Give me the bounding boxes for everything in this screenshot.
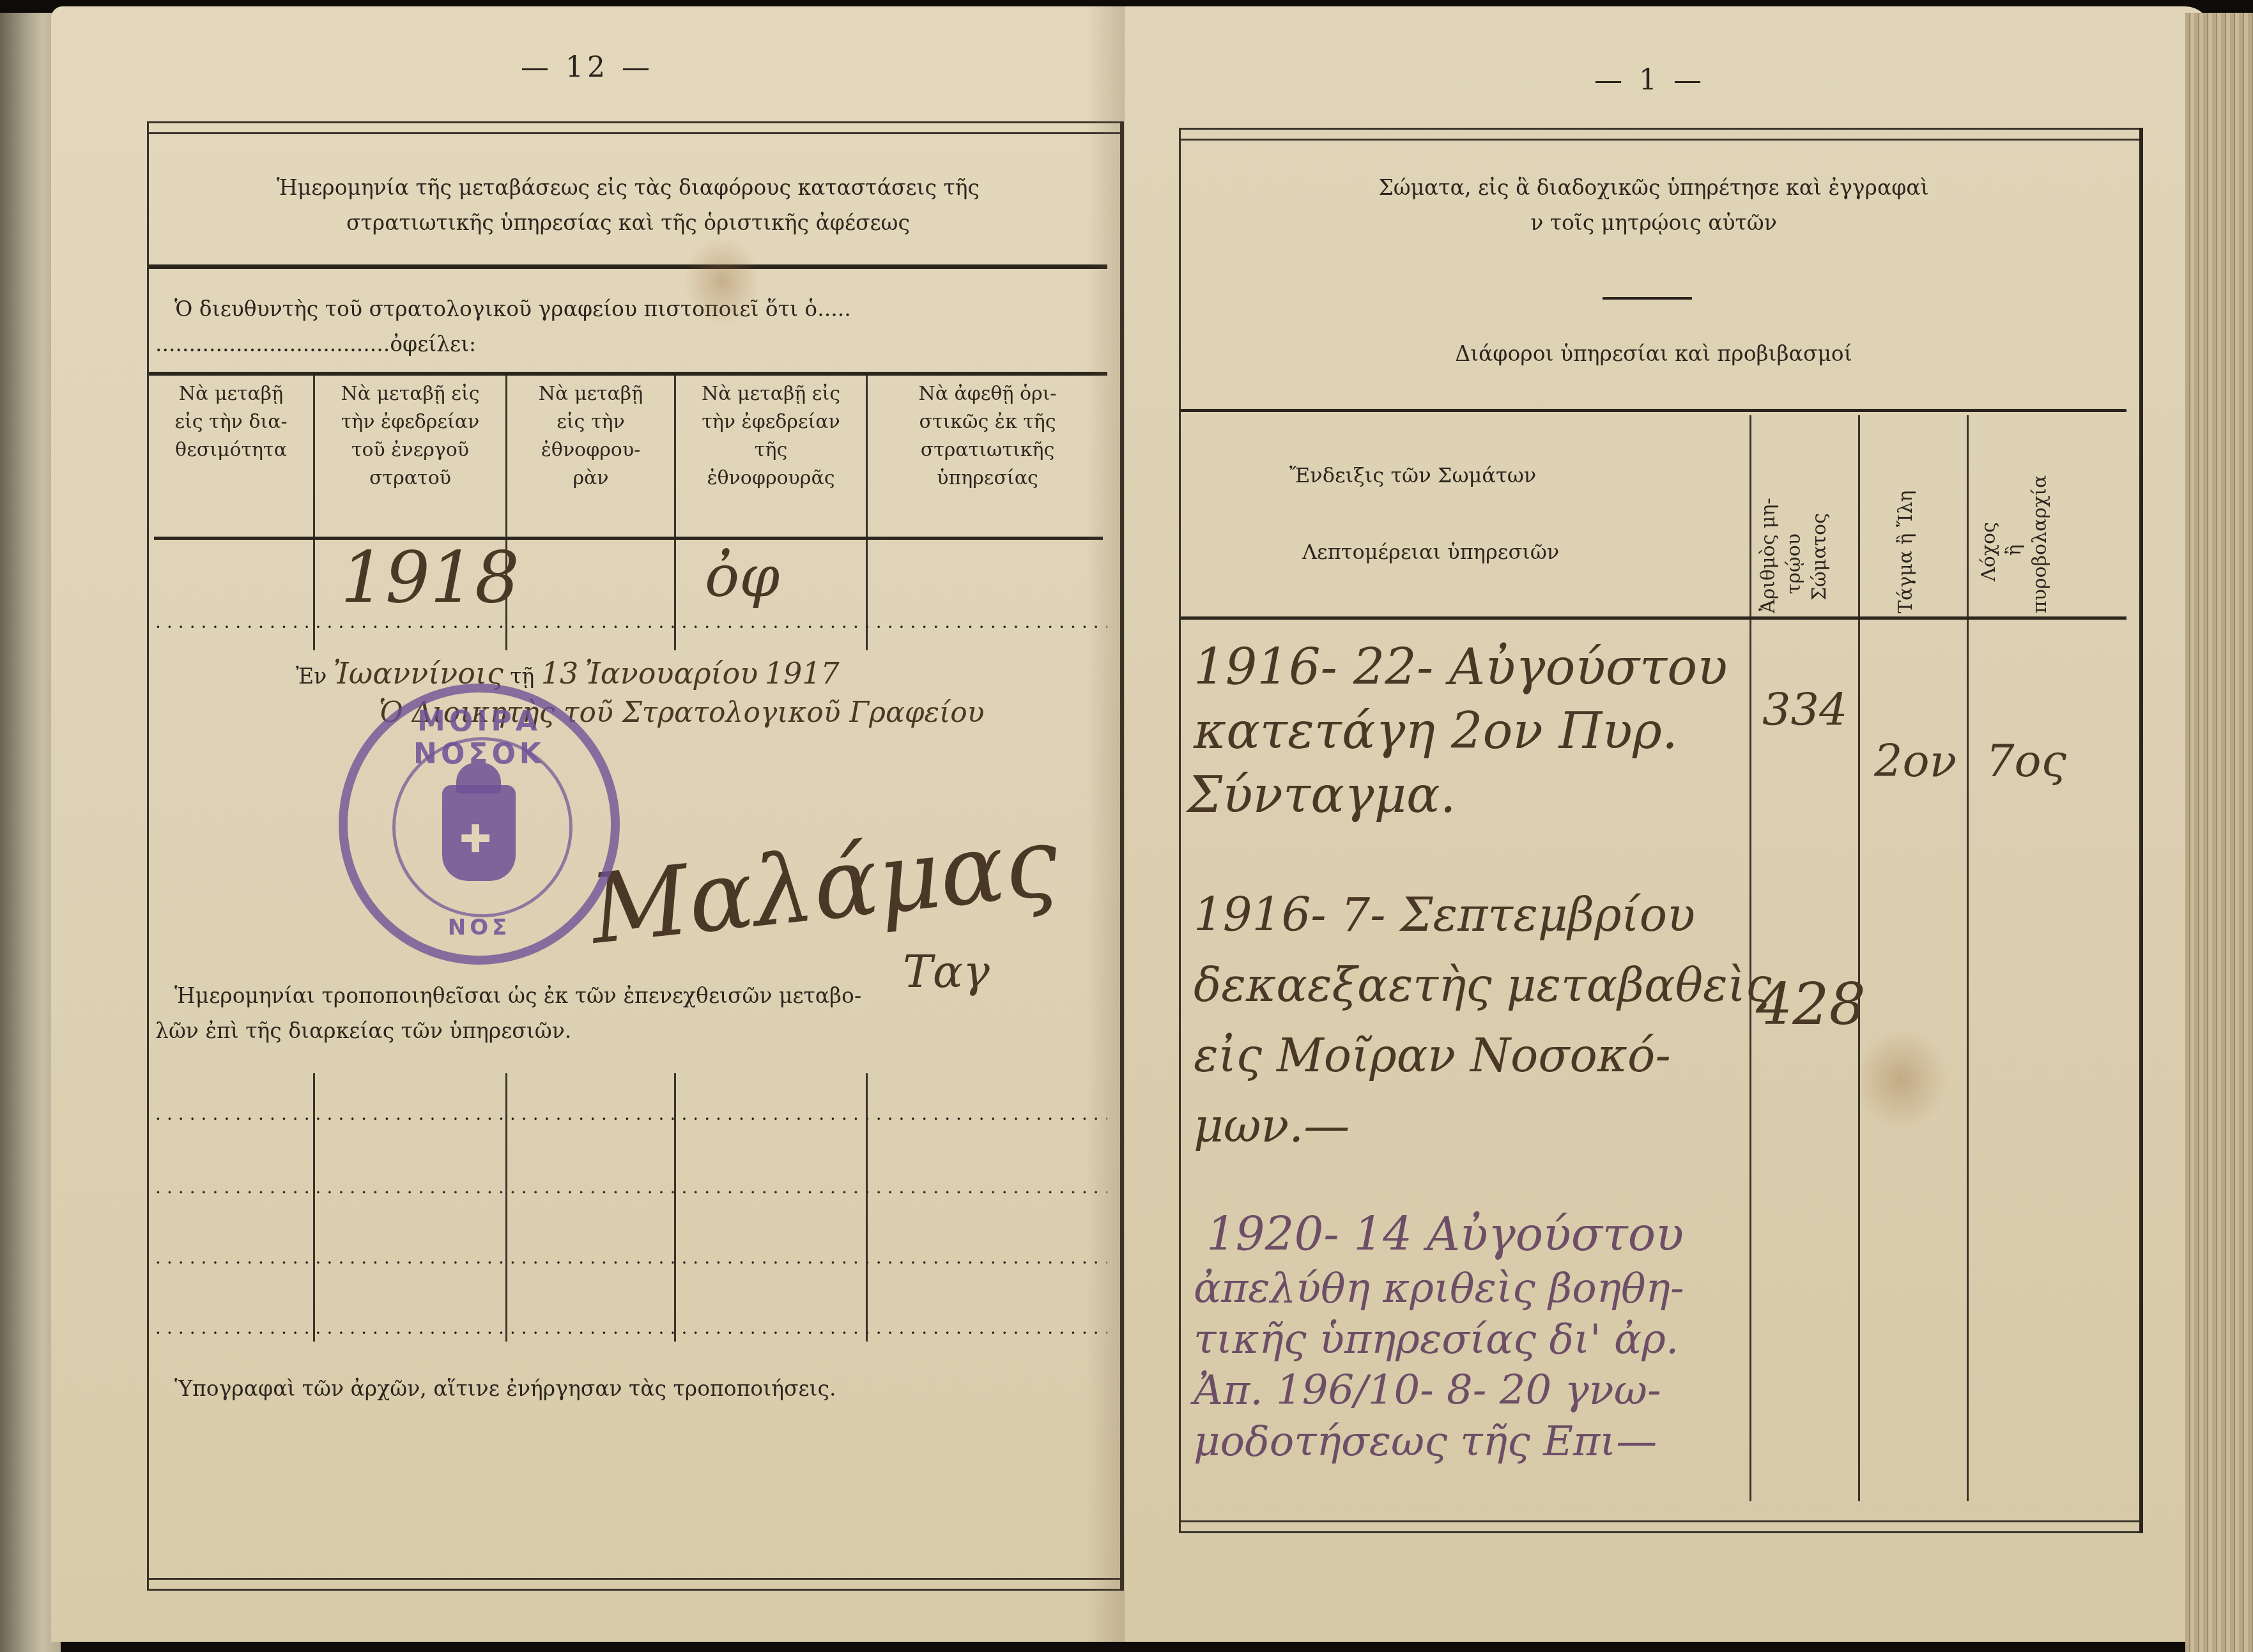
value-dotted-line: ········································… [155, 616, 1107, 638]
col-header-line: Νὰ μεταβῇ [149, 380, 313, 408]
col-header-line: Νὰ μεταβῇ εἰς [676, 380, 866, 408]
frame-bottom-rule [149, 1578, 1120, 1591]
entry-text: τικῆς ὑπηρεσίας δι' ἀρ. [1194, 1316, 1679, 1363]
modifications-line1: Ἡμερομηνίαι τροποποιηθεῖσαι ὡς ἐκ τῶν ἐπ… [174, 981, 861, 1011]
col-header-line: στρατοῦ [315, 464, 505, 493]
entry-text: μοδοτήσεως τῆς Επι— [1194, 1418, 1657, 1465]
frame-top-rule [149, 121, 1120, 134]
mod-dotted-row: ········································… [155, 1108, 1107, 1129]
certify-end: ὀφείλει: [390, 332, 476, 356]
col-header-line: τὴν ἐφεδρείαν [676, 408, 866, 436]
col-header-line: εἰς τὴν [507, 408, 674, 436]
right-page: — 1 — Σώματα, εἰς ἃ διαδοχικῶς ὑπηρέτησε… [1125, 6, 2211, 1642]
entry-registry: 428 [1756, 971, 1866, 1038]
stamp-bottom-text: ΝΟΣ [348, 915, 611, 940]
paper-stain [684, 236, 760, 326]
col-header-line: τοῦ ἐνεργοῦ [315, 436, 505, 464]
header-bottom-rule [1181, 616, 2126, 620]
entry-text: μων.— [1194, 1099, 1349, 1152]
table-top-rule [1181, 409, 2126, 412]
col-header-availability: Νὰ μεταβῇ εἰς τὴν δια- θεσιμότητα [149, 380, 313, 464]
header-line: ἢ [2002, 475, 2027, 613]
header-battalion: Τάγμα ἢ Ἴλη [1893, 491, 1919, 613]
col-header-line: Νὰ ἀφεθῇ ὁρι- [868, 380, 1107, 408]
entry-text: Ἀπ. 196/10- 8- 20 γνω- [1194, 1367, 1661, 1414]
header-corps: Ἔνδειξις τῶν Σωμάτων [1289, 460, 1536, 491]
col-separator [1967, 415, 1969, 1501]
signature-suffix: Ταγ [903, 945, 990, 998]
header-details: Λεπτομέρειαι ὑπηρεσιῶν [1302, 537, 1559, 567]
handwritten-year-1918: 1918 [341, 537, 519, 618]
col-header-discharge: Νὰ ἀφεθῇ ὁρι- στικῶς ἐκ τῆς στρατιωτικῆς… [868, 380, 1107, 493]
entry-text: 1920- 14 Αὐγούστου [1206, 1207, 1684, 1261]
header-bottom-rule [154, 537, 1103, 540]
page-number: — 12 — [521, 51, 654, 84]
year-handwritten: 1917 [765, 656, 840, 691]
place-date-line: Ἐν Ἰωαννίνοις τῇ 13 Ἰανουαρίου 1917 [296, 658, 840, 692]
col-header-line: Νὰ μεταβῇ εἰς [315, 380, 505, 408]
signature: Μαλάμας [585, 806, 1063, 966]
cross-icon: ✚ [459, 817, 491, 862]
frame-top-rule [1181, 128, 2139, 141]
header-line: τρῴου [1781, 498, 1807, 613]
col-header-line: ἐθνοφρουρᾶς [676, 464, 866, 493]
frame-bottom-rule [1181, 1520, 2139, 1533]
stamp-top-text: ΜΟΙΡΑ ΝΟΣΟΚ [348, 705, 611, 770]
left-page-frame: Ἡμερομηνία τῆς μεταβάσεως εἰς τὰς διαφόρ… [147, 121, 1124, 1591]
place-prefix: Ἐν [296, 664, 327, 689]
columns-top-rule [149, 372, 1107, 376]
right-page-frame: Σώματα, εἰς ἃ διαδοχικῶς ὑπηρέτησε καὶ ἐ… [1179, 128, 2143, 1533]
right-subtitle: Διάφοροι ὑπηρεσίαι καὶ προβιβασμοί [1181, 339, 2126, 369]
col-header-line: ρὰν [507, 464, 674, 493]
col-header-line: Νὰ μεταβῇ [507, 380, 674, 408]
mod-dotted-row: ········································… [155, 1322, 1107, 1343]
entry-text: δεκαεξαετὴς μεταβαθεὶς [1194, 958, 1771, 1012]
header-line: Ἀριθμὸς μη- [1756, 498, 1781, 613]
month-handwritten: Ἰανουαρίου [585, 656, 758, 691]
col-header-line: τὴν ἐφεδρείαν [315, 408, 505, 436]
short-divider [1603, 297, 1692, 300]
date-mid: τῇ [510, 664, 534, 689]
right-title-line2: ν τοῖς μητρῴοις αὐτῶν [1181, 208, 2126, 238]
header-line: Λόχος [1976, 475, 2002, 613]
entry-registry: 334 [1762, 684, 1848, 736]
entry-text: εἰς Μοῖραν Νοσοκό- [1194, 1029, 1671, 1082]
certify-line2: ...................................ὀφείλ… [155, 329, 476, 360]
col-header-national-guard: Νὰ μεταβῇ εἰς τὴν ἐθνοφρου- ρὰν [507, 380, 674, 493]
entry-text: ἀπελύθη κριθεὶς βοηθη- [1194, 1265, 1684, 1312]
handwritten-mark: ὀφ [705, 543, 780, 610]
section-title-line2: στρατιωτικῆς ὑπηρεσίας καὶ τῆς ὁριστικῆς… [149, 208, 1107, 238]
official-stamp: ΜΟΙΡΑ ΝΟΣΟΚ ✚ ΝΟΣ [339, 684, 620, 965]
entry-text: κατετάγη 2ον Πυρ. [1194, 703, 1678, 760]
entry-text: 1916- 7- Σεπτεμβρίου [1194, 888, 1695, 942]
left-page: — 12 — Ἡμερομηνία τῆς μεταβάσεως εἰς τὰς… [51, 6, 1125, 1642]
page-number: — 1 — [1594, 64, 1705, 96]
col-header-line: ὑπηρεσίας [868, 464, 1107, 493]
mod-dotted-row: ········································… [155, 1252, 1107, 1273]
header-registry-number: Ἀριθμὸς μη- τρῴου Σώματος [1756, 498, 1833, 613]
col-header-line: θεσιμότητα [149, 436, 313, 464]
section-title-line1: Ἡμερομηνία τῆς μεταβάσεως εἰς τὰς διαφόρ… [149, 172, 1107, 203]
signatures-caption: Ὑπογραφαὶ τῶν ἀρχῶν, αἵτινε ἐνήργησαν τὰ… [174, 1373, 836, 1404]
header-company: Λόχος ἢ πυροβολαρχία [1976, 475, 2053, 613]
col-header-line: στρατιωτικῆς [868, 436, 1107, 464]
paper-stain [1853, 1029, 1949, 1131]
mod-dotted-row: ········································… [155, 1182, 1107, 1203]
col-separator [1858, 415, 1860, 1501]
book-fore-edge [2185, 13, 2253, 1652]
col-header-line: ἐθνοφρου- [507, 436, 674, 464]
modifications-line2: λῶν ἐπὶ τῆς διαρκείας τῶν ὑπηρεσιῶν. [155, 1016, 571, 1046]
col-header-line: στικῶς ἐκ τῆς [868, 408, 1107, 436]
day-handwritten: 13 [541, 656, 579, 691]
col-header-reserve-active: Νὰ μεταβῇ εἰς τὴν ἐφεδρείαν τοῦ ἐνεργοῦ … [315, 380, 505, 493]
entry-battalion: 2ον [1874, 735, 1957, 787]
header-line: Σώματος [1807, 498, 1833, 613]
entry-text: 1916- 22- Αὐγούστου [1194, 639, 1728, 696]
entry-text: Σύνταγμα. [1187, 767, 1456, 824]
right-title-line1: Σώματα, εἰς ἃ διαδοχικῶς ὑπηρέτησε καὶ ἐ… [1181, 172, 2126, 203]
certify-dots: ................................... [155, 332, 390, 356]
title-divider [149, 264, 1107, 269]
col-header-reserve-guard: Νὰ μεταβῇ εἰς τὴν ἐφεδρείαν τῆς ἐθνοφρου… [676, 380, 866, 493]
entry-company: 7ος [1986, 735, 2066, 787]
col-header-line: εἰς τὴν δια- [149, 408, 313, 436]
header-line: πυροβολαρχία [2027, 475, 2053, 613]
col-header-line: τῆς [676, 436, 866, 464]
